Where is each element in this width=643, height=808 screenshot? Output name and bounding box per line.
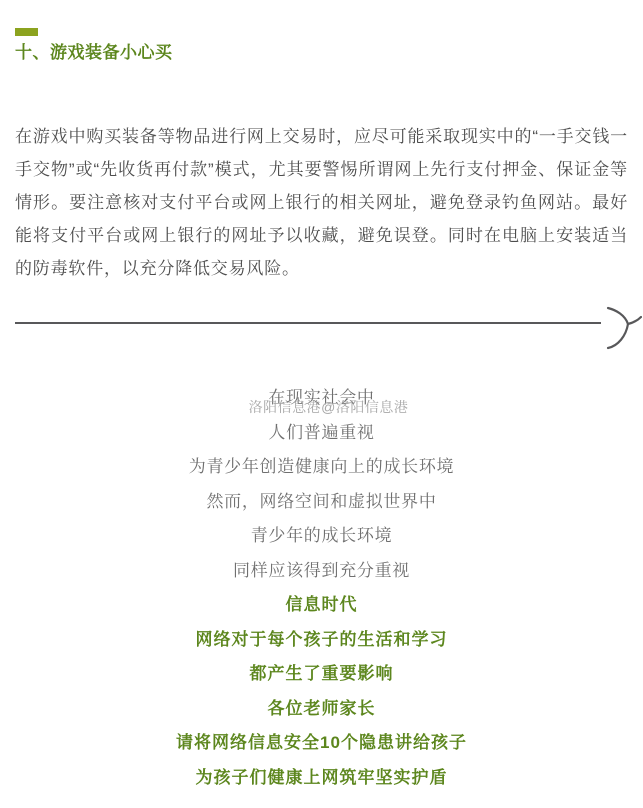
- poem-section: 在现实社会中人们普遍重视为青少年创造健康向上的成长环境然而，网络空间和虚拟世界中…: [0, 381, 643, 795]
- poem-line: 为孩子们健康上网筑牢坚实护盾: [0, 761, 643, 796]
- page-root: 十、游戏装备小心买 在游戏中购买装备等物品进行网上交易时，应尽可能采取现实中的“…: [0, 0, 643, 808]
- poem-line: 为青少年创造健康向上的成长环境: [0, 450, 643, 485]
- poem-line: 网络对于每个孩子的生活和学习: [0, 623, 643, 658]
- poem-line: 在现实社会中: [0, 381, 643, 416]
- chevron-right-icon: [606, 306, 642, 350]
- poem-line: 都产生了重要影响: [0, 657, 643, 692]
- poem-lines: 在现实社会中人们普遍重视为青少年创造健康向上的成长环境然而，网络空间和虚拟世界中…: [0, 381, 643, 795]
- divider-line: [15, 322, 601, 324]
- poem-line: 各位老师家长: [0, 692, 643, 727]
- poem-line: 请将网络信息安全10个隐患讲给孩子: [0, 726, 643, 761]
- poem-line: 同样应该得到充分重视: [0, 554, 643, 589]
- poem-line: 人们普遍重视: [0, 416, 643, 451]
- article-paragraph: 在游戏中购买装备等物品进行网上交易时，应尽可能采取现实中的“一手交钱一手交物”或…: [15, 120, 628, 285]
- section-title: 十、游戏装备小心买: [15, 42, 173, 64]
- section-marker: [15, 28, 38, 36]
- poem-line: 青少年的成长环境: [0, 519, 643, 554]
- poem-line: 信息时代: [0, 588, 643, 623]
- poem-line: 然而，网络空间和虚拟世界中: [0, 485, 643, 520]
